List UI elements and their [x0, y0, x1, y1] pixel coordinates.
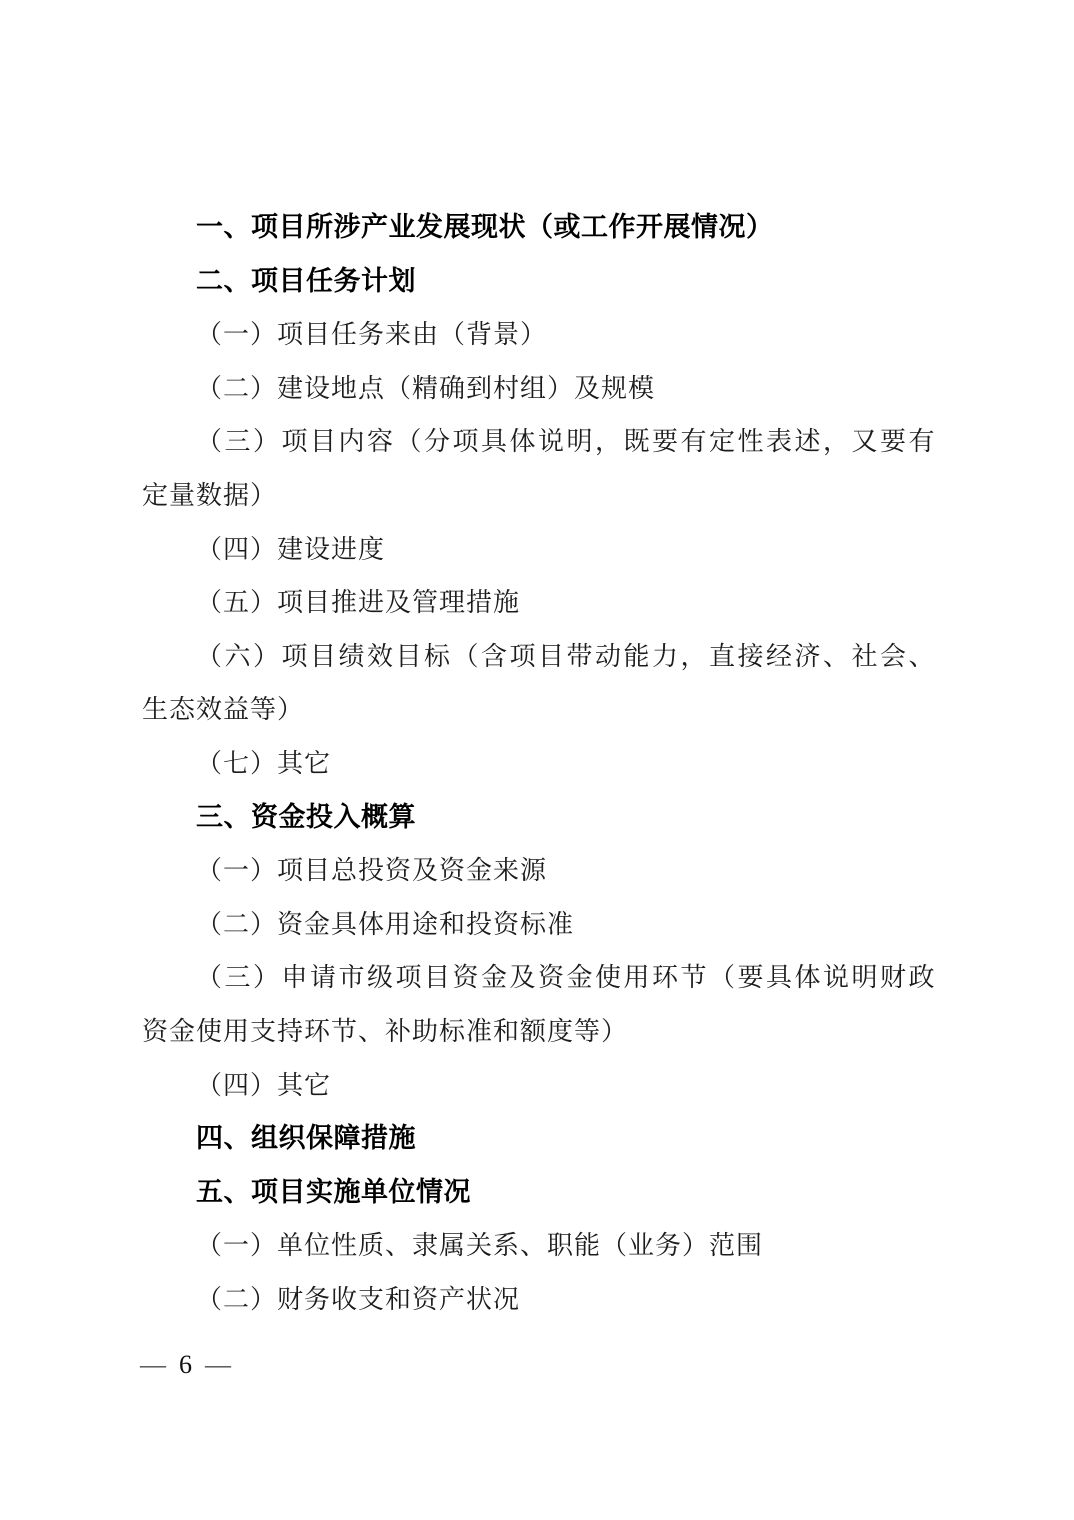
outline-item-3-3-continuation: 资金使用支持环节、补助标准和额度等） — [142, 1005, 937, 1059]
outline-item-2-4: （四）建设进度 — [142, 523, 937, 577]
document-page: 一、项目所涉产业发展现状（或工作开展情况） 二、项目任务计划 （一）项目任务来由… — [0, 0, 1074, 1520]
outline-item-3-4: （四）其它 — [142, 1059, 937, 1113]
footer-right-dash: — — [205, 1350, 231, 1380]
outline-item-2-6-continuation: 生态效益等） — [142, 683, 937, 737]
outline-item-2-3-continuation: 定量数据） — [142, 469, 937, 523]
outline-item-3-1: （一）项目总投资及资金来源 — [142, 844, 937, 898]
outline-heading-2: 二、项目任务计划 — [142, 255, 937, 309]
outline-item-3-3: （三）申请市级项目资金及资金使用环节（要具体说明财政 — [142, 951, 937, 1005]
outline-item-2-2: （二）建设地点（精确到村组）及规模 — [142, 362, 937, 416]
outline-item-2-7: （七）其它 — [142, 737, 937, 791]
outline-heading-5: 五、项目实施单位情况 — [142, 1166, 937, 1220]
page-number: 6 — [179, 1350, 192, 1380]
outline-item-2-6: （六）项目绩效目标（含项目带动能力，直接经济、社会、 — [142, 630, 937, 684]
footer-left-dash: — — [140, 1350, 166, 1380]
outline-heading-3: 三、资金投入概算 — [142, 791, 937, 845]
document-body: 一、项目所涉产业发展现状（或工作开展情况） 二、项目任务计划 （一）项目任务来由… — [142, 201, 937, 1326]
outline-heading-1: 一、项目所涉产业发展现状（或工作开展情况） — [142, 201, 937, 255]
outline-item-3-2: （二）资金具体用途和投资标准 — [142, 898, 937, 952]
outline-item-2-3: （三）项目内容（分项具体说明，既要有定性表述，又要有 — [142, 415, 937, 469]
outline-item-2-1: （一）项目任务来由（背景） — [142, 308, 937, 362]
outline-heading-4: 四、组织保障措施 — [142, 1112, 937, 1166]
page-footer: — 6 — — [140, 1348, 231, 1382]
outline-item-5-1: （一）单位性质、隶属关系、职能（业务）范围 — [142, 1219, 937, 1273]
outline-item-5-2: （二）财务收支和资产状况 — [142, 1273, 937, 1327]
outline-item-2-5: （五）项目推进及管理措施 — [142, 576, 937, 630]
